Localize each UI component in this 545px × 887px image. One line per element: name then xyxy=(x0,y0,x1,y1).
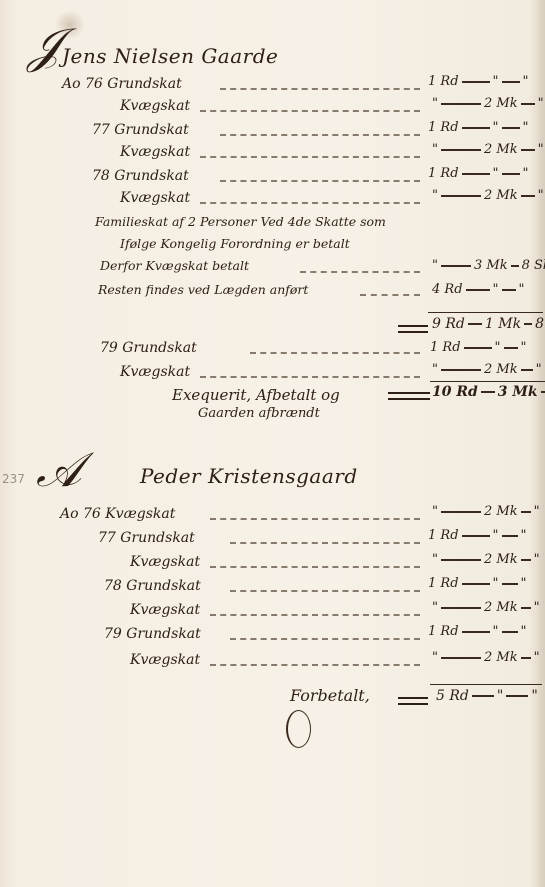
equals-mark xyxy=(388,392,430,400)
entry-label: Kvægskat xyxy=(120,98,190,114)
amount-sk: " xyxy=(521,576,527,591)
amount-mk: " xyxy=(493,74,499,89)
entry-label: Kvægskat xyxy=(130,554,200,570)
amount-sk: " xyxy=(519,282,525,297)
entry-label: Kvægskat xyxy=(120,190,190,206)
amount-sk: " xyxy=(534,552,540,567)
leader-dots xyxy=(220,88,420,90)
entry-label: Kvægskat xyxy=(120,364,190,380)
decorative-initial: 𝒜 xyxy=(36,446,81,494)
leader-dots xyxy=(210,566,420,568)
entry-label: 78 Grundskat xyxy=(104,578,201,594)
amount-mk: 2 Mk xyxy=(484,188,518,203)
amount-sk: " xyxy=(538,188,544,203)
amount-rd: 1 Rd xyxy=(428,166,459,181)
amount-rd: " xyxy=(432,142,438,157)
amount-sk: " xyxy=(521,624,527,639)
leader-dots xyxy=(200,202,420,204)
margin-page-number: 237 xyxy=(2,472,25,486)
closing-note: Gaarden afbrændt xyxy=(198,406,320,421)
leader-dots xyxy=(220,180,420,182)
entry-label: Kvægskat xyxy=(120,144,190,160)
amount-mk: " xyxy=(493,624,499,639)
entry-label: Ao 76 Grundskat xyxy=(62,76,182,92)
amount-row: "2 Mk" xyxy=(432,650,540,665)
amount-sk: " xyxy=(538,142,544,157)
amount-mk: " xyxy=(493,282,499,297)
total-row: 10 Rd3 Mk8 Sk xyxy=(432,384,545,400)
amount-mk: " xyxy=(493,528,499,543)
amount-sk: " xyxy=(523,166,529,181)
leader-dots xyxy=(230,638,420,640)
leader-dots xyxy=(210,518,420,520)
amount-rd: " xyxy=(432,362,438,377)
amount-mk: " xyxy=(493,576,499,591)
amount-rd: " xyxy=(432,96,438,111)
amount-row: 4 Rd"" xyxy=(432,282,524,297)
note-line: Ifølge Kongelig Forordning er betalt xyxy=(120,236,350,251)
amount-rd: " xyxy=(432,650,438,665)
decorative-initial: 𝒥 xyxy=(28,22,61,70)
amount-sk: " xyxy=(523,74,529,89)
amount-mk: 2 Mk xyxy=(484,600,518,615)
amount-row: 1 Rd"" xyxy=(428,528,526,543)
amount-mk: " xyxy=(497,688,503,704)
amount-mk: 2 Mk xyxy=(484,552,518,567)
entry-label: Kvægskat xyxy=(130,602,200,618)
amount-row: "2 Mk" xyxy=(432,96,544,111)
entry-label: 77 Grundskat xyxy=(98,530,195,546)
entry-label: Kvægskat xyxy=(130,652,200,668)
amount-mk: 2 Mk xyxy=(484,142,518,157)
amount-sk: " xyxy=(538,96,544,111)
entry-label: 78 Grundskat xyxy=(92,168,189,184)
entry-label: 79 Grundskat xyxy=(104,626,201,642)
closing-label: Forbetalt, xyxy=(290,686,370,705)
amount-mk: " xyxy=(493,166,499,181)
total-row: 5 Rd"" xyxy=(436,688,538,704)
entry-label: 79 Grundskat xyxy=(100,340,197,356)
leader-dots xyxy=(210,614,420,616)
amount-row: "3 Mk8 Sk xyxy=(432,258,545,273)
leader-dots xyxy=(230,590,420,592)
subtotal-row: 9 Rd1 Mk8 Sk xyxy=(432,316,545,332)
amount-rd: 1 Rd xyxy=(428,576,459,591)
amount-sk: 8 Sk xyxy=(535,316,545,332)
section1-heading: Jens Nielsen Gaarde xyxy=(62,44,278,68)
amount-sk: " xyxy=(534,650,540,665)
amount-mk: 3 Mk xyxy=(498,384,538,400)
amount-row: "2 Mk" xyxy=(432,188,544,203)
amount-sk: " xyxy=(531,688,537,704)
ledger-page: 𝒥 Jens Nielsen Gaarde Ao 76 Grundskat 1 … xyxy=(0,0,545,887)
amount-sk: " xyxy=(534,600,540,615)
amount-rd: " xyxy=(432,258,438,273)
amount-sk: " xyxy=(521,340,527,355)
leader-dots xyxy=(200,156,420,158)
entry-label: Ao 76 Kvægskat xyxy=(60,506,175,522)
amount-sk: " xyxy=(521,528,527,543)
entry-label: 77 Grundskat xyxy=(92,122,189,138)
amount-row: "2 Mk" xyxy=(432,142,544,157)
sum-rule xyxy=(428,312,543,313)
amount-row: 1 Rd"" xyxy=(428,576,526,591)
equals-mark xyxy=(398,325,428,333)
leader-dots xyxy=(300,271,420,273)
leader-dots xyxy=(210,664,420,666)
amount-row: 1 Rd"" xyxy=(428,624,526,639)
leader-dots xyxy=(250,352,420,354)
amount-row: 1 Rd"" xyxy=(428,166,528,181)
amount-rd: 5 Rd xyxy=(436,688,469,704)
flourish-loop xyxy=(286,710,311,748)
amount-rd: 1 Rd xyxy=(428,120,459,135)
leader-dots xyxy=(360,294,420,296)
amount-rd: " xyxy=(432,188,438,203)
amount-mk: 2 Mk xyxy=(484,96,518,111)
amount-rd: 1 Rd xyxy=(430,340,461,355)
equals-mark xyxy=(398,697,428,705)
amount-mk: 2 Mk xyxy=(484,504,518,519)
amount-mk: " xyxy=(495,340,501,355)
amount-row: "2 Mk" xyxy=(432,504,540,519)
amount-row: "2 Mk" xyxy=(432,552,540,567)
leader-dots xyxy=(220,134,420,136)
amount-sk: " xyxy=(523,120,529,135)
amount-mk: 2 Mk xyxy=(484,362,518,377)
amount-rd: " xyxy=(432,552,438,567)
sum-rule xyxy=(430,381,545,382)
amount-mk: 1 Mk xyxy=(485,316,521,332)
amount-rd: 9 Rd xyxy=(432,316,465,332)
amount-row: 1 Rd"" xyxy=(428,120,528,135)
closing-note: Exequerit, Afbetalt og xyxy=(172,386,340,404)
leader-dots xyxy=(230,542,420,544)
amount-rd: 1 Rd xyxy=(428,74,459,89)
amount-rd: 1 Rd xyxy=(428,624,459,639)
amount-rd: 1 Rd xyxy=(428,528,459,543)
amount-row: 1 Rd"" xyxy=(430,340,526,355)
amount-mk: 2 Mk xyxy=(484,650,518,665)
note-line: Familieskat af 2 Personer Ved 4de Skatte… xyxy=(95,214,386,229)
amount-sk: 8 Sk xyxy=(522,258,545,273)
amount-row: "2 Mk" xyxy=(432,600,540,615)
amount-row: 1 Rd"" xyxy=(428,74,528,89)
note-line: Resten findes ved Lægden anført xyxy=(98,282,308,297)
sum-rule xyxy=(430,684,542,685)
amount-rd: 10 Rd xyxy=(432,384,478,400)
page-edge xyxy=(537,0,545,887)
leader-dots xyxy=(200,110,420,112)
amount-sk: " xyxy=(534,504,540,519)
amount-rd: " xyxy=(432,504,438,519)
amount-mk: " xyxy=(493,120,499,135)
amount-sk: " xyxy=(536,362,542,377)
note-line: Derfor Kvægskat betalt xyxy=(100,258,249,273)
amount-rd: 4 Rd xyxy=(432,282,463,297)
leader-dots xyxy=(200,376,420,378)
amount-mk: 3 Mk xyxy=(474,258,508,273)
amount-rd: " xyxy=(432,600,438,615)
amount-row: "2 Mk" xyxy=(432,362,542,377)
section2-heading: Peder Kristensgaard xyxy=(140,464,358,488)
